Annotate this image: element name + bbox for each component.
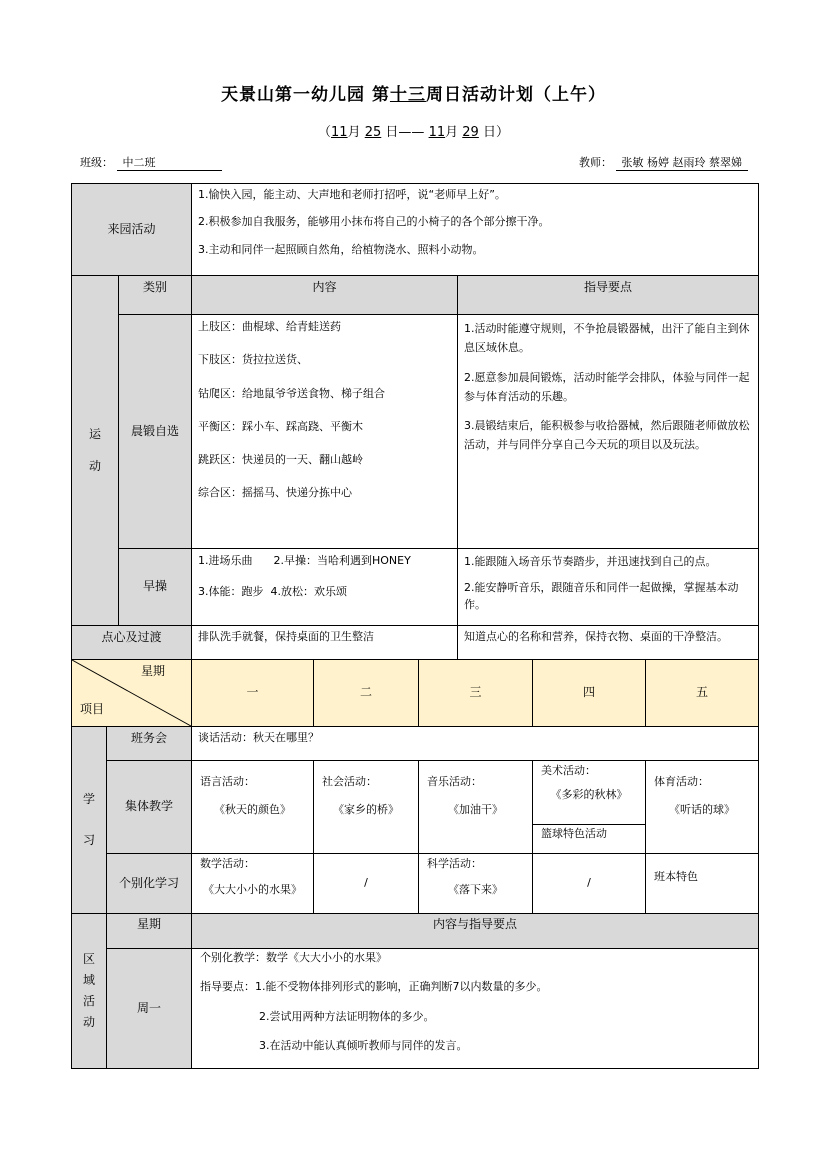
snack-guidance: 知道点心的名称和营养，保持衣物、桌面的干净整洁。	[457, 625, 759, 660]
date-close: 日）	[483, 125, 509, 140]
start-day: 25	[365, 125, 382, 140]
guidance-item: 2.能安静听音乐，跟随音乐和同伴一起做操，掌握基本动作。	[464, 579, 752, 614]
area-label-char: 区	[83, 949, 95, 970]
lesson-title: 《大大小小的水果》	[200, 883, 305, 897]
individual-thu: /	[532, 853, 646, 914]
morning-drill-guidance: 1.能跟随入场音乐节奏踏步，并迅速找到自己的点。 2.能安静听音乐，跟随音乐和同…	[457, 548, 759, 626]
lesson-title: 《听话的球》	[654, 803, 750, 817]
class-meeting-content: 谈话活动：秋天在哪里？	[191, 726, 759, 761]
day-label: 日——	[385, 125, 424, 140]
learning-label-char: 学	[83, 779, 95, 820]
zone-item: 平衡区：踩小车、踩高跷、平衡木	[198, 420, 451, 434]
arrival-label: 来园活动	[71, 183, 192, 276]
area-label-char: 域	[83, 970, 95, 991]
subject: 音乐活动：	[427, 775, 524, 789]
area-col-day: 星期	[106, 913, 192, 949]
col-guidance-header: 指导要点	[457, 275, 759, 315]
exercise-label-char: 运	[89, 419, 101, 450]
weekday-thu: 四	[532, 659, 646, 727]
group-teaching-tue: 社会活动： 《家乡的桥》	[313, 760, 419, 854]
morning-choice-content: 上肢区：曲棍球、给青蛙送药 下肢区：货拉拉送货、 钻爬区：给地鼠爷爷送食物、梯子…	[191, 314, 458, 549]
area-col-content: 内容与指导要点	[191, 913, 759, 949]
start-month: 11	[331, 125, 348, 140]
snack-content: 排队洗手就餐，保持桌面的卫生整洁	[191, 625, 458, 660]
class-label: 班级：	[80, 156, 113, 169]
arrival-item: 1.愉快入园，能主动、大声地和老师打招呼，说“老师早上好”。	[198, 188, 752, 202]
month-label: 月	[348, 125, 361, 140]
area-monday-content: 个别化教学：数学《大大小小的水果》 指导要点：1.能不受物体排列形式的影响，正确…	[191, 948, 759, 1069]
end-day: 29	[462, 125, 479, 140]
morning-drill-label: 早操	[118, 548, 192, 626]
teacher-label: 教师：	[579, 156, 612, 169]
area-section-label: 区 域 活 动	[71, 913, 107, 1069]
page-title: 天景山第一幼儿园 第十三周日活动计划（上午）	[0, 80, 827, 105]
item-label: 项目	[80, 702, 104, 718]
lesson-title: 《秋天的颜色》	[200, 803, 305, 817]
area-label-char: 活	[83, 991, 95, 1012]
basketball-feature: 篮球特色活动	[541, 827, 607, 841]
group-teaching-thu: 美术活动： 《多彩的秋林》 篮球特色活动	[532, 760, 646, 854]
individual-tue: /	[313, 853, 419, 914]
exercise-section-label: 运动	[71, 275, 119, 626]
subject: 社会活动：	[322, 775, 410, 789]
subject: 数学活动：	[200, 857, 305, 871]
individual-fri: 班本特色	[645, 853, 759, 914]
arrival-item: 3.主动和同伴一起照顾自然角，给植物浇水、照料小动物。	[198, 243, 752, 257]
lesson-title: 《家乡的桥》	[322, 803, 410, 817]
class-feature: 班本特色	[654, 870, 750, 884]
lesson-title: 《加油干》	[427, 803, 524, 817]
individual-mon: 数学活动： 《大大小小的水果》	[191, 853, 314, 914]
individual-wed: 科学活动： 《落下来》	[418, 853, 533, 914]
title-prefix: 天景山第一幼儿园 第	[221, 85, 390, 105]
area-line: 3.在活动中能认真倾听教师与同伴的发言。	[200, 1039, 750, 1053]
weekday-fri: 五	[645, 659, 759, 727]
week-number: 十三	[390, 85, 426, 105]
group-teaching-label: 集体教学	[106, 760, 192, 854]
area-monday-label: 周一	[106, 948, 192, 1069]
arrival-content: 1.愉快入园，能主动、大声地和老师打招呼，说“老师早上好”。 2.积极参加自我服…	[191, 183, 759, 276]
date-open: （	[318, 125, 331, 140]
zone-item: 上肢区：曲棍球、给青蛙送药	[198, 320, 451, 334]
end-month: 11	[429, 125, 446, 140]
guidance-item: 1.活动时能遵守规则，不争抢晨锻器械，出汗了能自主到休息区域休息。	[464, 319, 752, 358]
morning-drill-content: 1.进场乐曲 2.早操：当哈利遇到HONEY 3.体能：跑步 4.放松：欢乐颂	[191, 548, 458, 626]
area-label-char: 动	[83, 1012, 95, 1033]
guidance-item: 1.能跟随入场音乐节奏踏步，并迅速找到自己的点。	[464, 553, 752, 571]
guidance-item: 2.愿意参加晨间锻炼，活动时能学会排队，体验与同伴一起参与体育活动的乐趣。	[464, 368, 752, 407]
area-line: 2.尝试用两种方法证明物体的多少。	[200, 1010, 750, 1024]
weekday-tue: 二	[313, 659, 419, 727]
month-label-2: 月	[445, 125, 458, 140]
weekday-wed: 三	[418, 659, 533, 727]
morning-choice-guidance: 1.活动时能遵守规则，不争抢晨锻器械，出汗了能自主到休息区域休息。 2.愿意参加…	[457, 314, 759, 549]
title-suffix: 周日活动计划（上午）	[426, 85, 606, 105]
learning-label-char: 习	[83, 820, 95, 861]
group-teaching-mon: 语言活动： 《秋天的颜色》	[191, 760, 314, 854]
class-meeting-label: 班务会	[106, 726, 192, 761]
zone-item: 钻爬区：给地鼠爷爷送食物、梯子组合	[198, 387, 451, 401]
group-teaching-fri: 体育活动： 《听话的球》	[645, 760, 759, 854]
weekday-mon: 一	[191, 659, 314, 727]
col-category-header: 类别	[118, 275, 192, 315]
zone-item: 下肢区：货拉拉送货、	[198, 353, 451, 367]
subject: 语言活动：	[200, 775, 305, 789]
area-line: 指导要点：1.能不受物体排列形式的影响，正确判断7以内数量的多少。	[200, 980, 750, 994]
col-content-header: 内容	[191, 275, 458, 315]
subject: 科学活动：	[427, 857, 524, 871]
learning-section-label: 学习	[71, 726, 107, 914]
zone-item: 综合区：摇摇马、快递分拣中心	[198, 486, 451, 500]
drill-line: 1.进场乐曲 2.早操：当哈利遇到HONEY	[198, 554, 451, 568]
drill-line: 3.体能：跑步 4.放松：欢乐颂	[198, 585, 451, 599]
class-info: 班级： 中二班	[80, 154, 222, 171]
lesson-title: 《落下来》	[427, 883, 524, 897]
zone-item: 跳跃区：快递员的一天、翻山越岭	[198, 453, 451, 467]
teacher-value: 张敏 杨婷 赵雨玲 蔡翠娣	[616, 154, 749, 171]
subject: 美术活动：	[541, 764, 637, 778]
morning-choice-label: 晨锻自选	[118, 314, 192, 549]
snack-label: 点心及过渡	[71, 625, 192, 660]
guidance-item: 3.晨锻结束后，能积极参与收拾器械，然后跟随老师做放松活动，并与同伴分享自己今天…	[464, 416, 752, 455]
arrival-item: 2.积极参加自我服务，能够用小抹布将自己的小椅子的各个部分擦干净。	[198, 215, 752, 229]
group-teaching-wed: 音乐活动： 《加油干》	[418, 760, 533, 854]
individual-learning-label: 个别化学习	[106, 853, 192, 914]
class-value: 中二班	[117, 154, 222, 171]
date-range: （11月 25 日—— 11月 29 日）	[0, 121, 827, 140]
weekday-label: 星期	[141, 664, 165, 680]
lesson-title: 《多彩的秋林》	[541, 788, 637, 802]
weekday-diagonal-header: 星期 项目	[71, 659, 192, 727]
cell-divider	[533, 824, 645, 825]
area-line: 个别化教学：数学《大大小小的水果》	[200, 951, 750, 965]
subject: 体育活动：	[654, 775, 750, 789]
exercise-label-char: 动	[89, 451, 101, 482]
teacher-info: 教师： 张敏 杨婷 赵雨玲 蔡翠娣	[579, 154, 748, 171]
